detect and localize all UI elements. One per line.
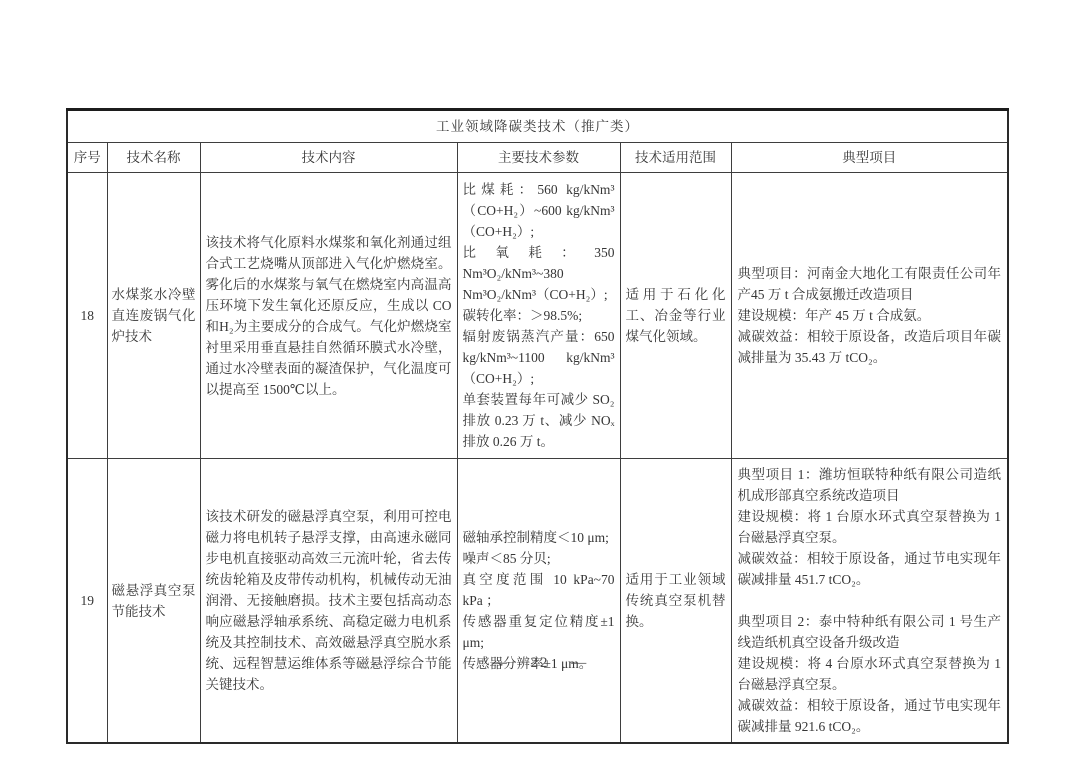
col-header-tech-content: 技术内容: [200, 143, 457, 173]
col-header-tech-name: 技术名称: [107, 143, 200, 173]
table-row-18: 18 水煤浆水冷壁直连废锅气化炉技术 该技术将气化原料水煤浆和氧化剂通过组合式工…: [67, 173, 1008, 459]
row18-typical-projects: 典型项目：河南金大地化工有限责任公司年产45 万 t 合成氨搬迁改造项目 建设规…: [731, 173, 1008, 459]
row19-tech-content: 该技术研发的磁悬浮真空泵，利用可控电磁力将电机转子悬浮支撑，由高速永磁同步电机直…: [200, 459, 457, 744]
table-row-19: 19 磁悬浮真空泵节能技术 该技术研发的磁悬浮真空泵，利用可控电磁力将电机转子悬…: [67, 459, 1008, 744]
col-header-serial: 序号: [67, 143, 107, 173]
row19-serial: 19: [67, 459, 107, 744]
technology-table: 工业领域降碳类技术（推广类） 序号 技术名称 技术内容 主要技术参数 技术适用范…: [66, 108, 1009, 744]
row18-scope: 适用于石化化工、冶金等行业煤气化领域。: [620, 173, 731, 459]
row18-main-params: 比煤耗：560 kg/kNm³（CO+H₂）~600 kg/kNm³（CO+H₂…: [457, 173, 620, 459]
table-title-row: 工业领域降碳类技术（推广类）: [67, 110, 1008, 143]
row18-serial: 18: [67, 173, 107, 459]
col-header-main-params: 主要技术参数: [457, 143, 620, 173]
col-header-typical-projects: 典型项目: [731, 143, 1008, 173]
document-page: 工业领域降碳类技术（推广类） 序号 技术名称 技术内容 主要技术参数 技术适用范…: [0, 0, 1080, 763]
table-title: 工业领域降碳类技术（推广类）: [67, 110, 1008, 143]
row18-tech-name: 水煤浆水冷壁直连废锅气化炉技术: [107, 173, 200, 459]
row19-scope: 适用于工业领域传统真空泵机替换。: [620, 459, 731, 744]
table-header-row: 序号 技术名称 技术内容 主要技术参数 技术适用范围 典型项目: [67, 143, 1008, 173]
row19-typical-projects: 典型项目 1：潍坊恒联特种纸有限公司造纸机成形部真空系统改造项目 建设规模：将 …: [731, 459, 1008, 744]
row19-tech-name: 磁悬浮真空泵节能技术: [107, 459, 200, 744]
row18-tech-content: 该技术将气化原料水煤浆和氧化剂通过组合式工艺烧嘴从顶部进入气化炉燃烧室。雾化后的…: [200, 173, 457, 459]
page-number: — 22 —: [0, 655, 1080, 672]
row19-main-params: 磁轴承控制精度＜10 μm; 噪声＜85 分贝; 真空度范围 10 kPa~70…: [457, 459, 620, 744]
col-header-scope: 技术适用范围: [620, 143, 731, 173]
